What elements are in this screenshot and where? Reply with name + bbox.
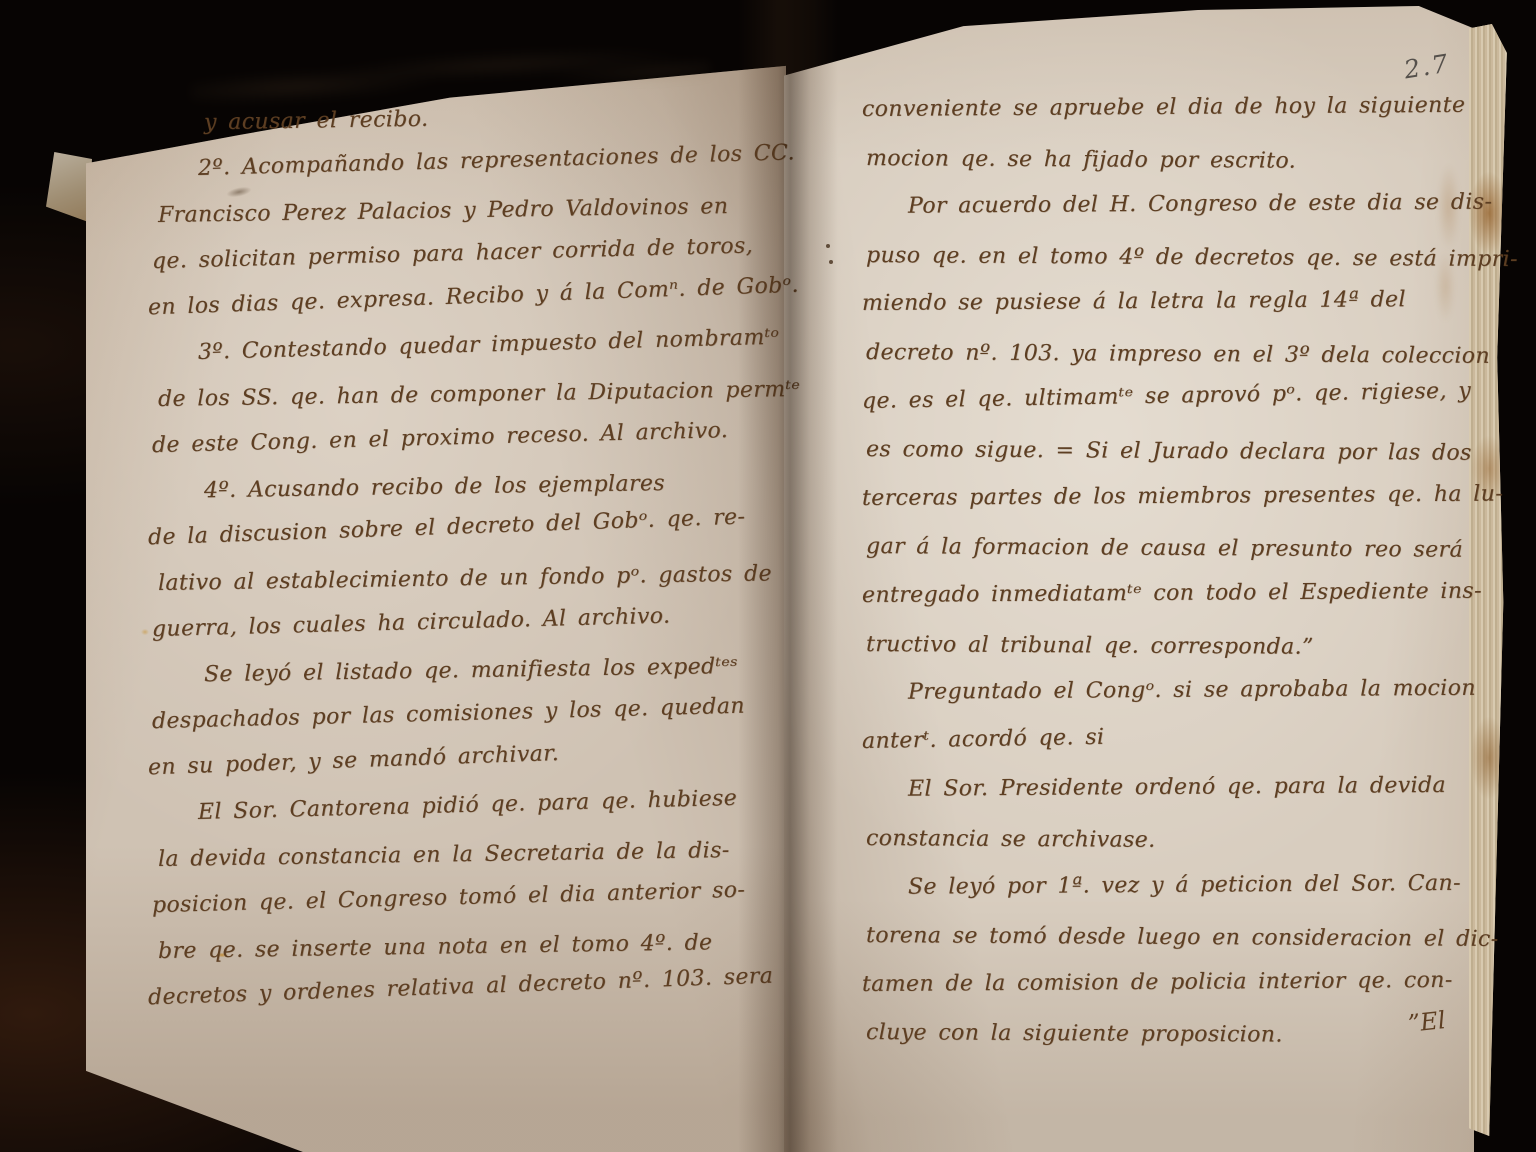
manuscript-line: conveniente se apruebe el dia de hoy la …	[862, 81, 1514, 134]
ink-dots	[826, 244, 832, 268]
manuscript-line: Por acuerdo del H. Congreso de este dia …	[862, 179, 1514, 232]
left-page-text: y acusar el recibo.2º. Acompañando las r…	[158, 101, 809, 1021]
right-page-text: conveniente se apruebe el dia de hoy la …	[862, 86, 1514, 1058]
manuscript-line: anterᵗ. acordó qe. si	[862, 706, 1515, 766]
manuscript-line: tamen de la comision de policia interior…	[862, 956, 1514, 1009]
manuscript-line: miendo se pusiese á la letra la regla 14…	[862, 276, 1514, 329]
paper-stain	[140, 628, 150, 636]
manuscript-line: Se leyó por 1ª. vez y á peticion del Sor…	[862, 859, 1514, 912]
manuscript-line: terceras partes de los miembros presente…	[862, 470, 1514, 523]
catchword: ”El	[1407, 1006, 1447, 1038]
book-spine-edge	[20, 148, 94, 1093]
manuscript-line: entregado inmediatamᵗᵉ con todo el Esped…	[862, 567, 1514, 620]
manuscript-photo: y acusar el recibo.2º. Acompañando las r…	[0, 0, 1536, 1152]
manuscript-line: El Sor. Presidente ordenó qe. para la de…	[862, 762, 1514, 815]
